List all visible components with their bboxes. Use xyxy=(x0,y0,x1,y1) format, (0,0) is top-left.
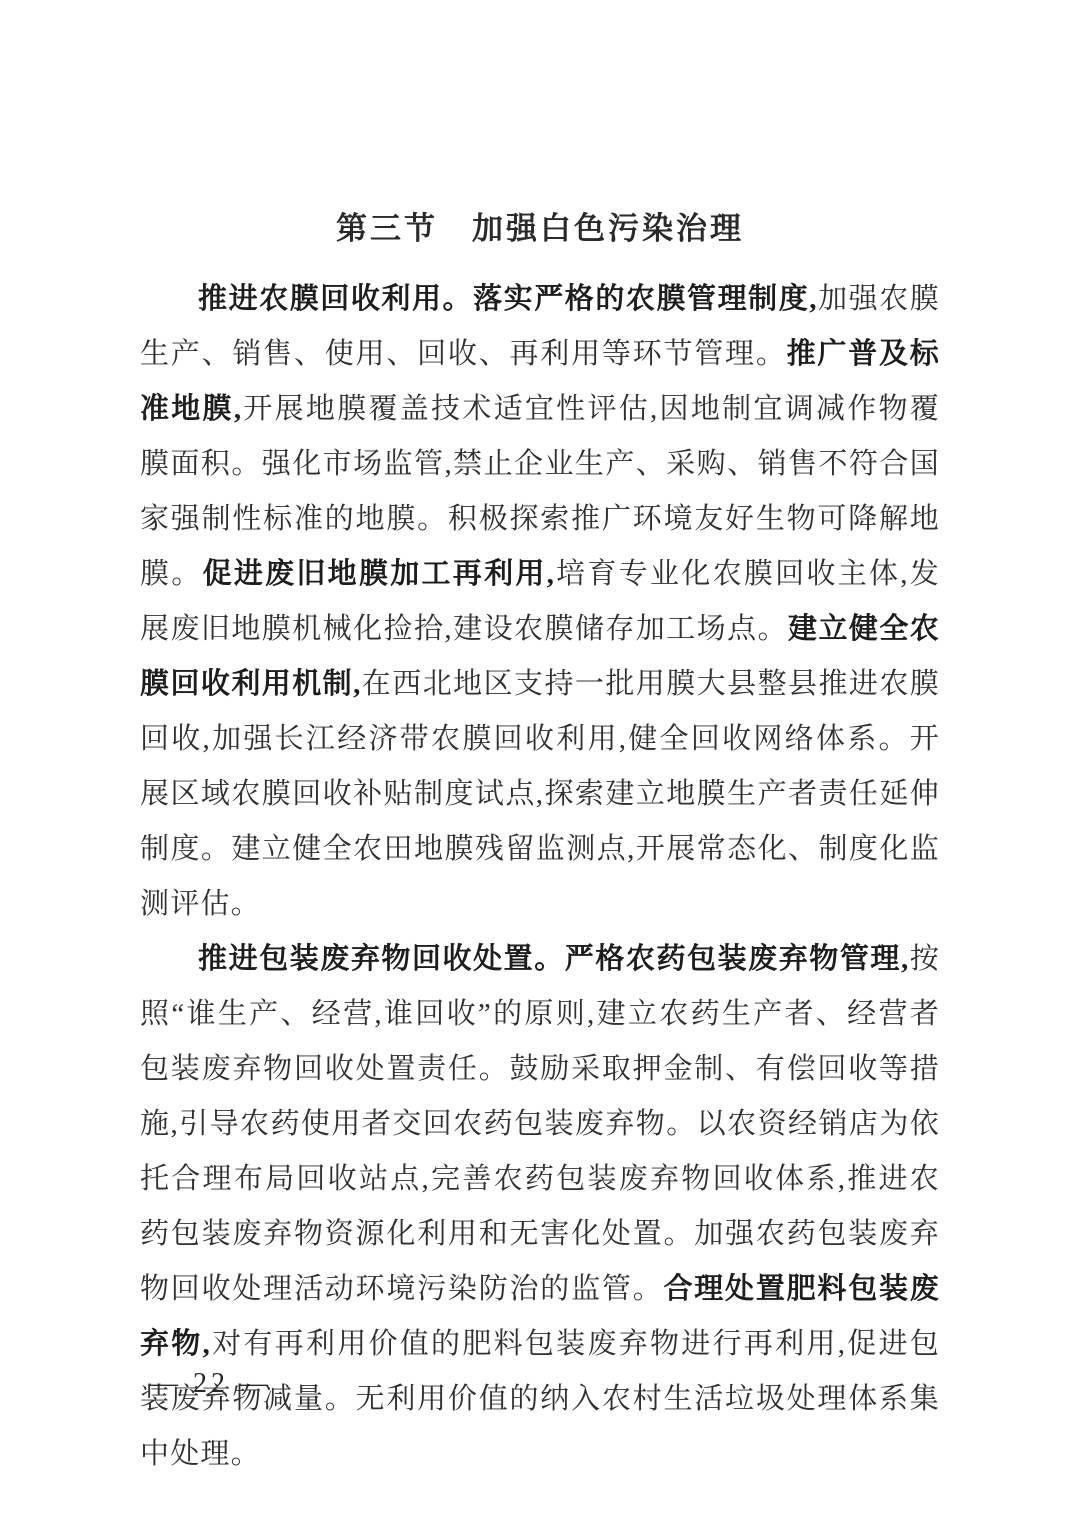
document-page: 第三节加强白色污染治理 推进农膜回收利用。落实严格的农膜管理制度,加强农膜生产、… xyxy=(0,0,1080,1528)
section-title-text: 加强白色污染治理 xyxy=(472,211,744,246)
section-heading: 第三节加强白色污染治理 xyxy=(0,203,1080,248)
document-body: 推进农膜回收利用。落实严格的农膜管理制度,加强农膜生产、销售、使用、回收、再利用… xyxy=(140,272,940,1482)
text-run: 在西北地区支持一批用膜大县整县推进农膜回收,加强长江经济带农膜回收利用,健全回收… xyxy=(140,668,940,920)
section-number-label: 第三节 xyxy=(336,211,438,246)
page-number: — 22 — xyxy=(150,1368,272,1400)
text-run: 推进农膜回收利用。落实严格的农膜管理制度, xyxy=(198,283,818,315)
paragraph-film-recycling: 推进农膜回收利用。落实严格的农膜管理制度,加强农膜生产、销售、使用、回收、再利用… xyxy=(140,272,940,932)
text-run: 按照“谁生产、经营,谁回收”的原则,建立农药生产者、经营者包装废弃物回收处置责任… xyxy=(140,943,940,1305)
text-run: 促进废旧地膜加工再利用, xyxy=(203,558,556,590)
text-run: 推进包装废弃物回收处置。严格农药包装废弃物管理, xyxy=(198,943,909,975)
